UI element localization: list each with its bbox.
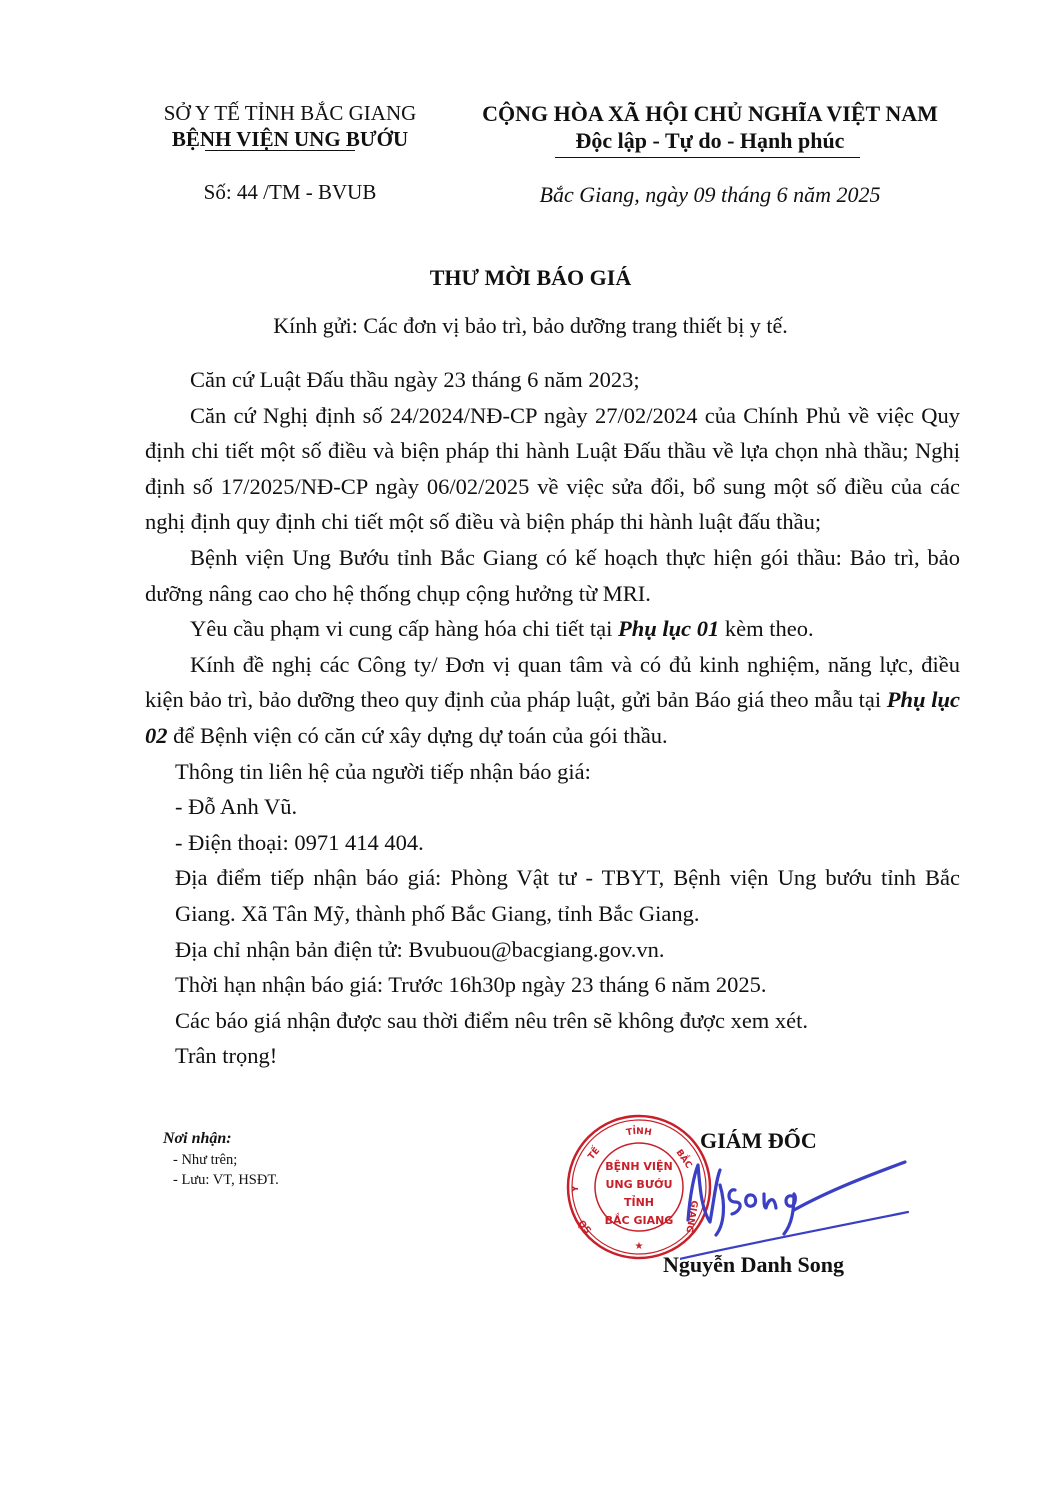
legal-basis-decree: Căn cứ Nghị định số 24/2024/NĐ-CP ngày 2… [145,398,960,540]
recipient-item: - Như trên; [163,1150,279,1170]
email-address: Địa chỉ nhận bản điện tử: Bvubuou@bacgia… [145,932,960,968]
contact-name: - Đỗ Anh Vũ. [145,789,960,825]
contact-phone: - Điện thoại: 0971 414 404. [145,825,960,861]
svg-text:TỈNH: TỈNH [626,1125,653,1138]
procurement-plan: Bệnh viện Ung Bướu tỉnh Bắc Giang có kế … [145,540,960,611]
signer-name: Nguyễn Danh Song [663,1252,844,1278]
national-title: CỘNG HÒA XÃ HỘI CHỦ NGHĨA VIỆT NAM [460,100,960,127]
legal-basis-law: Căn cứ Luật Đấu thầu ngày 23 tháng 6 năm… [145,362,960,398]
svg-text:BẮC GIANG: BẮC GIANG [605,1212,674,1227]
receiving-location: Địa điểm tiếp nhận báo giá: Phòng Vật tư… [145,860,960,931]
svg-text:TỈNH: TỈNH [624,1195,654,1209]
svg-text:BỆNH VIỆN: BỆNH VIỆN [605,1160,672,1173]
scope-request: Yêu cầu phạm vi cung cấp hàng hóa chi ti… [145,611,960,647]
contact-intro: Thông tin liên hệ của người tiếp nhận bá… [145,754,960,790]
document-title: THƯ MỜI BÁO GIÁ [0,265,1061,291]
svg-text:★: ★ [635,1241,644,1252]
stamp-text-top: TỈNH [626,1125,653,1138]
addressee: Kính gửi: Các đơn vị bảo trì, bảo dưỡng … [0,313,1061,339]
quotation-request: Kính đề nghị các Công ty/ Đơn vị quan tâ… [145,647,960,754]
national-header-block: CỘNG HÒA XÃ HỘI CHỦ NGHĨA VIỆT NAM Độc l… [460,100,960,154]
scope-text-after: kèm theo. [719,616,813,641]
document-number: Số: 44 /TM - BVUB [130,180,450,205]
recipients-block: Nơi nhận: - Như trên; - Lưu: VT, HSĐT. [163,1128,279,1190]
quotation-text-after: để Bệnh viện có căn cứ xây dựng dự toán … [168,723,668,748]
recipient-item: - Lưu: VT, HSĐT. [163,1170,279,1190]
late-notice: Các báo giá nhận được sau thời điểm nêu … [145,1003,960,1039]
agency-underline [205,150,355,151]
motto-underline [555,157,860,158]
scope-text-before: Yêu cầu phạm vi cung cấp hàng hóa chi ti… [190,616,618,641]
handwritten-signature-icon [680,1150,910,1260]
issuing-agency-block: SỞ Y TẾ TỈNH BẮC GIANG BỆNH VIỆN UNG BƯỚ… [130,100,450,152]
deadline: Thời hạn nhận báo giá: Trước 16h30p ngày… [145,967,960,1003]
receiving-location-text: Địa điểm tiếp nhận báo giá: Phòng Vật tư… [175,865,960,926]
national-motto: Độc lập - Tự do - Hạnh phúc [460,127,960,154]
hospital-name: BỆNH VIỆN UNG BƯỚU [130,126,450,152]
closing: Trân trọng! [145,1038,960,1074]
recipients-title: Nơi nhận: [163,1128,279,1150]
svg-text:UNG BƯỚU: UNG BƯỚU [605,1178,672,1191]
svg-text:Y: Y [571,1185,581,1193]
svg-text:TẾ: TẾ [584,1144,602,1162]
quotation-text-before: Kính đề nghị các Công ty/ Đơn vị quan tâ… [145,652,960,713]
document-date: Bắc Giang, ngày 09 tháng 6 năm 2025 [460,182,960,208]
document-body: Căn cứ Luật Đấu thầu ngày 23 tháng 6 năm… [145,362,960,1074]
parent-agency: SỞ Y TẾ TỈNH BẮC GIANG [130,100,450,126]
appendix-01-link: Phụ lục 01 [618,616,719,641]
